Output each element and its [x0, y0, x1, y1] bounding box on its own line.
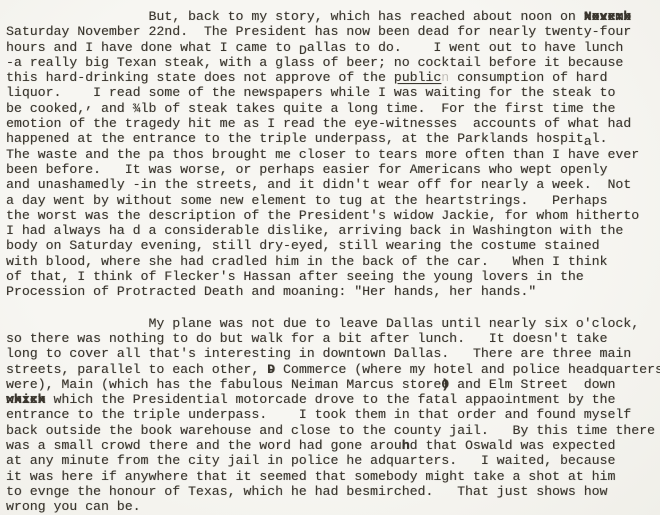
- text-line: so there was nothing to do but walk for …: [6, 331, 658, 346]
- text-segment: l.: [592, 131, 608, 146]
- text-line: it was here if anywhere that it seemed t…: [6, 469, 658, 484]
- overstruck-text: D: [267, 362, 275, 377]
- text-line: Procession of Protracted Death and moani…: [6, 284, 658, 299]
- text-line: streets, parallel to each other, D Comme…: [6, 362, 658, 377]
- text-segment: to evnge the honour of Texas, which he h…: [6, 484, 607, 499]
- paragraph: But, back to my story, which has reached…: [6, 9, 658, 300]
- text-segment: body on Saturday evening, still dry-eyed…: [6, 238, 600, 253]
- text-line: of that, I think of Flecker's Hassan aft…: [6, 269, 658, 284]
- text-line: be cooked,, and ¾lb of steak takes quite…: [6, 101, 658, 116]
- text-segment: I had always ha d a considerable dislike…: [6, 223, 623, 238]
- text-line: The waste and the pa thos brought me clo…: [6, 147, 658, 162]
- text-segment: it was here if anywhere that it seemed t…: [6, 469, 615, 484]
- text-segment: been before. It was worse, or perhaps ea…: [6, 162, 607, 177]
- overstruck-text: n: [402, 438, 410, 453]
- text-segment: But, back to my story, which has reached…: [6, 9, 584, 24]
- text-segment: d that Oswald was expected: [410, 438, 616, 453]
- text-segment: at any minute from the city jail in poli…: [6, 453, 615, 468]
- paragraph: My plane was not due to leave Dallas unt…: [6, 316, 658, 515]
- text-line: which which the Presidential motorcade d…: [6, 392, 658, 407]
- text-segment: with blood, where she had cradled him in…: [6, 254, 607, 269]
- text-line: But, back to my story, which has reached…: [6, 9, 658, 24]
- document-page: But, back to my story, which has reached…: [0, 0, 660, 515]
- text-line: was a small crowd there and the word had…: [6, 438, 658, 453]
- text-line: a day went by without some new element t…: [6, 193, 658, 208]
- text-segment: D: [299, 43, 307, 58]
- text-line: liquor. I read some of the newspapers wh…: [6, 85, 658, 100]
- text-line: emotion of the tragedy hit me as I read …: [6, 116, 658, 131]
- text-segment: a day went by without some new element t…: [6, 193, 607, 208]
- text-line: happened at the entrance to the triple u…: [6, 131, 658, 146]
- text-line: body on Saturday evening, still dry-eyed…: [6, 238, 658, 253]
- text-segment: a: [584, 134, 592, 149]
- text-segment: and Elm Street down: [449, 377, 615, 392]
- text-segment: and unashamedly -in the streets, and it …: [6, 177, 631, 192]
- text-line: -a really big Texan steak, with a glass …: [6, 55, 658, 70]
- overstruck-text: ): [441, 377, 449, 392]
- text-segment: hours and I have done what I came to: [6, 40, 299, 55]
- text-segment: -a really big Texan steak, with a glass …: [6, 55, 623, 70]
- text-segment: was a small crowd there and the word had…: [6, 438, 402, 453]
- text-line: and unashamedly -in the streets, and it …: [6, 177, 658, 192]
- text-line: I had always ha d a considerable dislike…: [6, 223, 658, 238]
- text-segment: entrance to the triple underpass. I took…: [6, 407, 631, 422]
- text-line: were), Main (which has the fabulous Neim…: [6, 377, 658, 392]
- text-segment: The waste and the pa thos brought me clo…: [6, 147, 639, 162]
- text-segment: n: [441, 70, 449, 85]
- text-line: been before. It was worse, or perhaps ea…: [6, 162, 658, 177]
- text-segment: ,: [85, 97, 93, 112]
- text-line: entrance to the triple underpass. I took…: [6, 407, 658, 422]
- text-line: at any minute from the city jail in poli…: [6, 453, 658, 468]
- text-line: this hard-drinking state does not approv…: [6, 70, 658, 85]
- text-line: wrong you can be.: [6, 499, 658, 514]
- text-segment: allas to do. I went out to have lunch: [307, 40, 624, 55]
- text-segment: streets, parallel to each other,: [6, 362, 267, 377]
- text-line: the worst was the description of the Pre…: [6, 208, 658, 223]
- text-segment: Commerce (where my hotel and police head…: [275, 362, 660, 377]
- text-segment: which the Presidential motorcade drove t…: [46, 392, 616, 407]
- text-segment: Saturday November 22nd. The President ha…: [6, 24, 631, 39]
- text-segment: this hard-drinking state does not approv…: [6, 70, 394, 85]
- text-line: My plane was not due to leave Dallas unt…: [6, 316, 658, 331]
- text-line: long to cover all that's interesting in …: [6, 346, 658, 361]
- text-segment: be cooked,: [6, 101, 85, 116]
- overstruck-text: Novemb: [584, 9, 631, 24]
- text-segment: wrong you can be.: [6, 499, 141, 514]
- text-segment: liquor. I read some of the newspapers wh…: [6, 85, 615, 100]
- typewritten-text: But, back to my story, which has reached…: [6, 9, 658, 515]
- text-segment: the worst was the description of the Pre…: [6, 208, 639, 223]
- text-segment: back outside the book warehouse and clos…: [6, 423, 655, 438]
- text-line: with blood, where she had cradled him in…: [6, 254, 658, 269]
- text-segment: of that, I think of Flecker's Hassan aft…: [6, 269, 584, 284]
- text-segment: happened at the entrance to the triple u…: [6, 131, 584, 146]
- text-line: to evnge the honour of Texas, which he h…: [6, 484, 658, 499]
- text-segment: and ¾lb of steak takes quite a long time…: [93, 101, 615, 116]
- text-line: hours and I have done what I came to Dal…: [6, 40, 658, 55]
- text-segment: long to cover all that's interesting in …: [6, 346, 631, 361]
- text-segment: consumption of hard: [449, 70, 607, 85]
- text-segment: so there was nothing to do but walk for …: [6, 331, 607, 346]
- text-segment: were), Main (which has the fabulous Neim…: [6, 377, 441, 392]
- text-line: back outside the book warehouse and clos…: [6, 423, 658, 438]
- text-segment: Procession of Protracted Death and moani…: [6, 284, 536, 299]
- text-segment: public: [394, 70, 441, 85]
- text-line: Saturday November 22nd. The President ha…: [6, 24, 658, 39]
- text-segment: My plane was not due to leave Dallas unt…: [6, 316, 639, 331]
- text-segment: emotion of the tragedy hit me as I read …: [6, 116, 631, 131]
- overstruck-text: which: [6, 392, 46, 407]
